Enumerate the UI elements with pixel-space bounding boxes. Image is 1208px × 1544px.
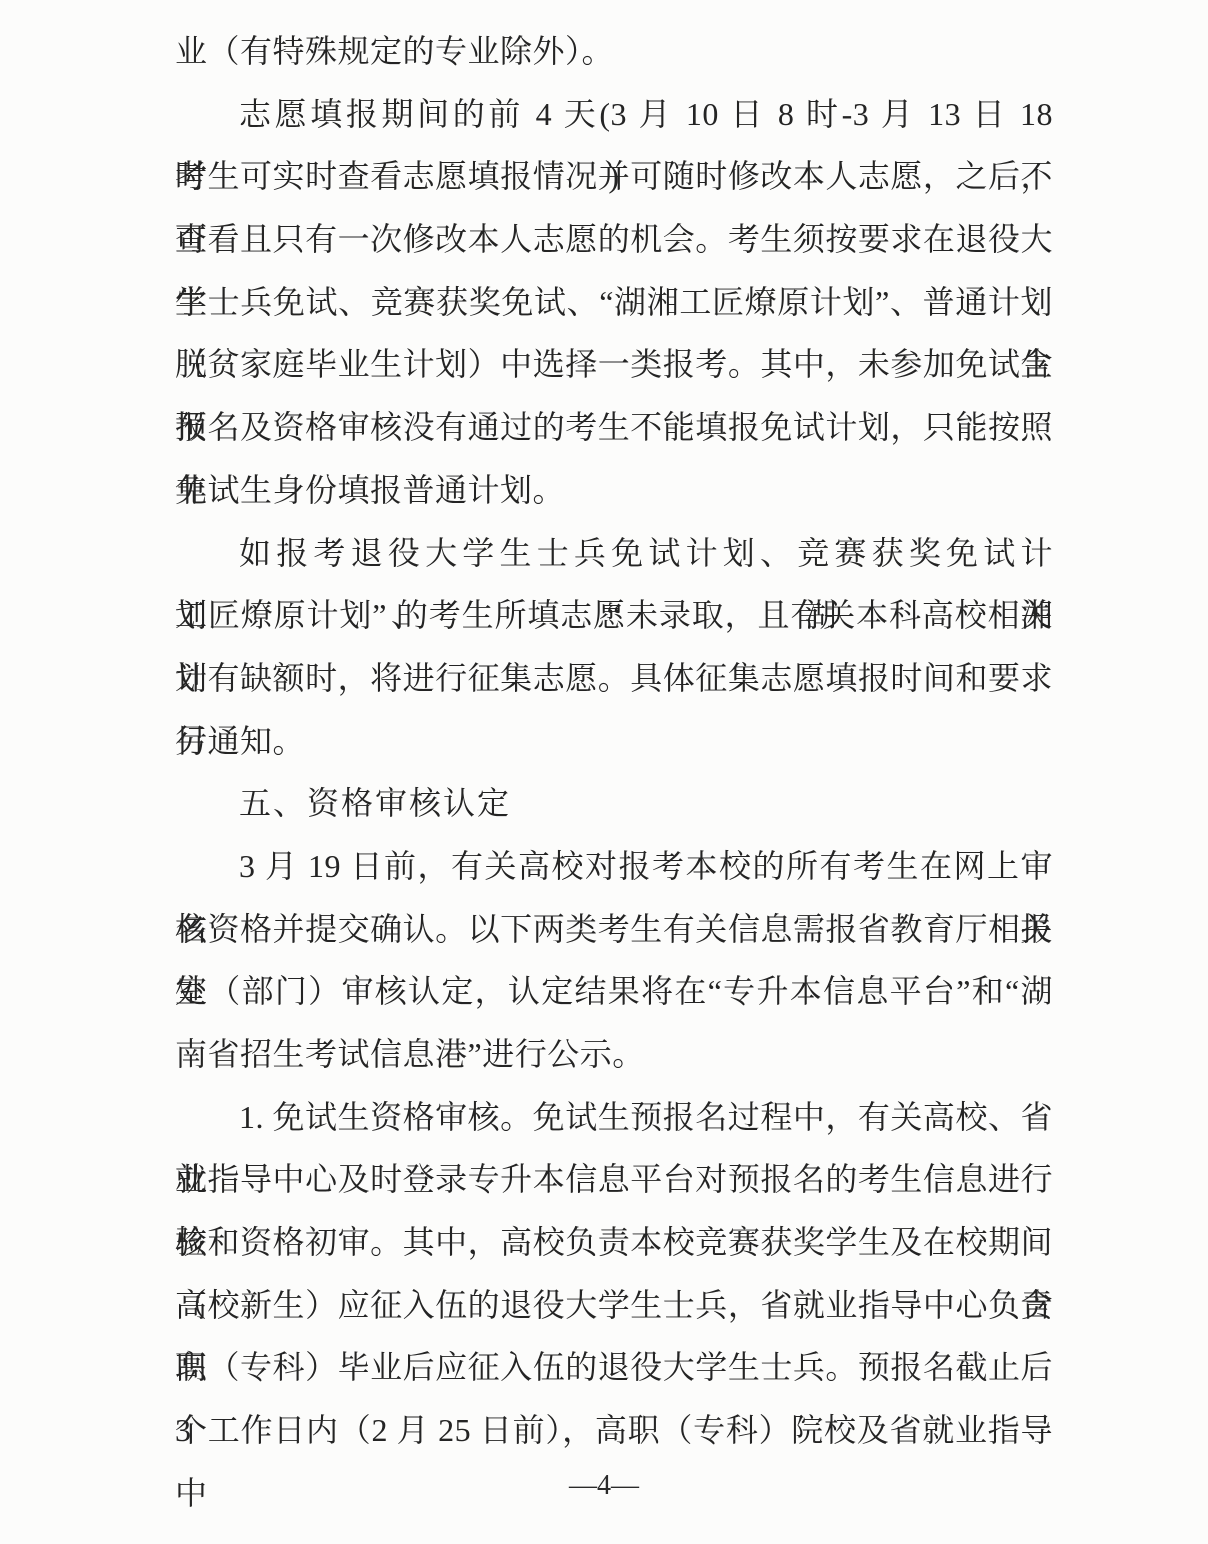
- text-line: 脱贫家庭毕业生计划）中选择一类报考。其中，未参加免试生预: [175, 333, 1053, 396]
- text-line: 3 月 19 日前，有关高校对报考本校的所有考生在网上审核报: [175, 835, 1053, 898]
- text-line: 名资格并提交确认。以下两类考生有关信息需报省教育厅相关处: [175, 898, 1053, 961]
- scanned-document-page: 业（有特殊规定的专业除外）。志愿填报期间的前 4 天(3 月 10 日 8 时-…: [0, 0, 1208, 1544]
- text-line: 查看且只有一次修改本人志愿的机会。考生须按要求在退役大学: [175, 208, 1053, 271]
- text-line: 五、资格审核认定: [175, 772, 1053, 835]
- text-line: 职（专科）毕业后应征入伍的退役大学生士兵。预报名截止后 3: [175, 1336, 1053, 1399]
- text-line: 个工作日内（2 月 25 日前），高职（专科）院校及省就业指导中: [175, 1399, 1053, 1462]
- text-line: 报名及资格审核没有通过的考生不能填报免试计划，只能按照非: [175, 396, 1053, 459]
- text-line: 如报考退役大学生士兵免试计划、竞赛获奖免试计划、“湖湘: [175, 522, 1053, 585]
- text-line: 业（有特殊规定的专业除外）。: [175, 20, 1053, 83]
- text-line: 考生可实时查看志愿填报情况并可随时修改本人志愿，之后不可: [175, 145, 1053, 208]
- text-line: 室（部门）审核认定，认定结果将在“专升本信息平台”和“湖: [175, 960, 1053, 1023]
- text-line: 行通知。: [175, 710, 1053, 773]
- text-line: 免试生身份填报普通计划。: [175, 459, 1053, 522]
- text-line: 验和资格初审。其中，高校负责本校竞赛获奖学生及在校期间（含: [175, 1211, 1053, 1274]
- text-line: 南省招生考试信息港”进行公示。: [175, 1023, 1053, 1086]
- text-line: 志愿填报期间的前 4 天(3 月 10 日 8 时-3 月 13 日 18 时)…: [175, 83, 1053, 146]
- text-line: 工匠燎原计划” 的考生所填志愿未录取，且有关本科高校相关计: [175, 584, 1053, 647]
- page-number: —4—: [0, 1468, 1208, 1504]
- text-line: 生士兵免试、竞赛获奖免试、“湖湘工匠燎原计划”、普通计划（含: [175, 271, 1053, 334]
- text-line: 划有缺额时，将进行征集志愿。具体征集志愿填报时间和要求另: [175, 647, 1053, 710]
- text-line: 高校新生）应征入伍的退役大学生士兵，省就业指导中心负责高: [175, 1274, 1053, 1337]
- text-line: 业指导中心及时登录专升本信息平台对预报名的考生信息进行核: [175, 1148, 1053, 1211]
- document-body: 业（有特殊规定的专业除外）。志愿填报期间的前 4 天(3 月 10 日 8 时-…: [175, 20, 1053, 1462]
- text-line: 1. 免试生资格审核。免试生预报名过程中，有关高校、省就: [175, 1086, 1053, 1149]
